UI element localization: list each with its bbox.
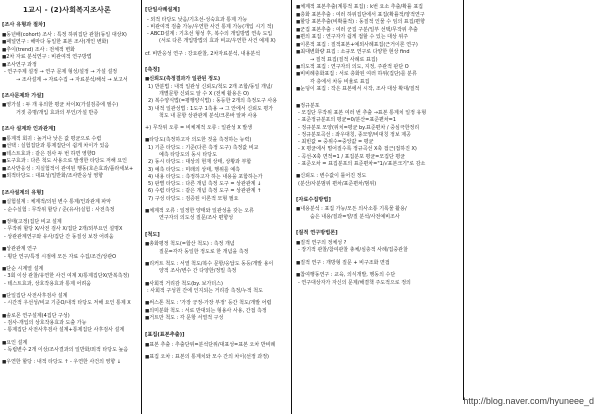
middle-sections: [단일사례설계]- 외적 타당도 낮음/기초선-성숙효과 통제 가능- 비관여적… bbox=[145, 7, 287, 362]
list-line: - 독립변수 2개 이상/조사결과의 일반화/외적 타당도 높음 bbox=[2, 347, 132, 354]
list-line: 7) 구성 타당도 : 검증된 이론적 모형 필요 bbox=[145, 196, 287, 203]
bullet-item: 참여행동연구 : 교육, 의식개발, 행동의 수단 bbox=[296, 272, 444, 280]
section-heading: [조사 설계와 인과관계] bbox=[2, 126, 132, 134]
bullet-item: 실험설계 : 체계적/의된 변수 통제/인과관계 파악 bbox=[2, 199, 132, 207]
bullet-item: 테스트효과 : 같은 검사 두 번 하면 영향O bbox=[2, 151, 132, 159]
list-line: - 횡단 연구/특정 시점에 모든 자료 수집/조건/상관O bbox=[2, 254, 132, 261]
bullet-item: 질적 연구 : 개방형 질문 + 비구조화 면접 bbox=[296, 260, 444, 268]
list-line: - 비관여적 검출 가능/우연한 사건 통제 가능(개입 시기 적) bbox=[145, 24, 287, 31]
column-divider-2 bbox=[291, 0, 292, 414]
list-line: - 시간적 우선성/비교 기준O/내적 타당도 저해 요인 통제 X bbox=[2, 300, 132, 307]
left-sections: [조사 유형과 절차]동년배(cohort) 조사 : 특정 하위집단 관찰(동… bbox=[2, 22, 132, 367]
bullet-item: 표집 오차 : 표본의 통계치와 모수 간의 차이(선정 과정) bbox=[145, 354, 287, 362]
list-line: - 연구주제 설정 → 연구 문제 형성/설정 → 가설 설정 bbox=[2, 69, 132, 76]
section-heading: [단일사례설계] bbox=[145, 7, 287, 15]
list-line: - 무작위 할당 X/사전 검사 X/집단 2개/외부요인 설명X bbox=[2, 226, 132, 233]
list-line: - 순수실험 : 무작위 할당 / 준(유사)실험 : 사전측정 bbox=[2, 207, 132, 214]
list-line: - 3회 이상 관찰/유연한 사건 여계 X/통제집단X(반복측정) bbox=[2, 273, 132, 280]
bullet-item: 군집 표본추출 : 여러 군집 구분/일부 선택/무작위 추출 bbox=[296, 27, 444, 35]
bullet-item: 눈덩이 표집 : 작은 표본에서 시작, 조사 대상 확대/질적 bbox=[296, 86, 444, 94]
list-line: - 표준오차 = 표집분포의 표준편차="1/√표본크기"로 감소 bbox=[296, 161, 444, 168]
bullet-item: 솔로몬 연구설계(4집단 구성) bbox=[2, 313, 132, 321]
list-line: 양적 조사/변수 간 다양한/정밀 측정 bbox=[145, 268, 287, 275]
list-line: 2) 복수양식법(=평행양식법) : 동등한 2개의 측정도구 사용 bbox=[145, 98, 287, 105]
section-heading: [표집(표본추출)] bbox=[145, 332, 287, 340]
section-spacer bbox=[296, 94, 444, 103]
section-heading: [측정] bbox=[145, 67, 287, 75]
list-line: - 외적 타당도 낮음/기초선-성숙효과 통제 가능 bbox=[145, 17, 287, 24]
bullet-item: 패널연구 : 해마다 동일한 표본 조사(개인 변화) bbox=[2, 39, 132, 47]
list-line: 1) 기준 타당도 : 기준(다른 측정 도구) 측정값 비교 bbox=[145, 145, 287, 152]
list-line: +) 무작위 오류 = 비체계적 오류 : 일관성 X 발생 bbox=[145, 125, 287, 132]
section-heading: [조사설계의 유형] bbox=[2, 190, 132, 198]
column-divider-3 bbox=[463, 0, 464, 400]
bullet-item: 써스톤 척도 : '가장 긍정-가장 부정' 등간 척도/개발 어렵 bbox=[145, 300, 287, 308]
list-line: - 연구대상자가 자신의 문제/해결책 주도적으로 정의 bbox=[296, 280, 444, 287]
list-line: 3) 내적 일관성법 : 1도구 1측용 → 그 안에서 신뢰도 평가 bbox=[145, 106, 287, 113]
bullet-item: 체계적 표본추출(계통적 표집) : k번 요소 추출/확률 표집 bbox=[296, 4, 444, 12]
list-line: 연구자의 의도성 질문/조사 편향성 bbox=[145, 215, 287, 222]
bullet-item: 요인 설계 bbox=[2, 340, 132, 348]
section-heading: [조사문제와 가설] bbox=[2, 93, 132, 101]
list-line: → 조사설계 → 자료수집 → 자료분석/해석 → 보고서 bbox=[2, 77, 132, 84]
list-line: - 표준정규분포의 평균=0/분산=표준편차=1 bbox=[296, 117, 444, 124]
list-line: - 통제집단 사전사후검사 설계+통제집단 사후검사 설계 bbox=[2, 327, 132, 334]
bullet-item: 타당도(측정하고자 의도한 것을 측정하는 능력) bbox=[145, 137, 287, 145]
bullet-item: 최대변화량 표집 : 소규모 연구로 다양한 현상 find bbox=[296, 49, 444, 57]
list-line: (서로 다른 개입방법의 효과 비교/우연한 사건 예제 X) bbox=[145, 38, 287, 45]
section-heading: [척도] bbox=[145, 232, 287, 240]
bullet-item: 편의 표집 : 연구자가 쉽게 접할 수 있는 대상 위주 bbox=[296, 34, 444, 42]
bullet-item: 신뢰도(측정결과가 일관된 정도) bbox=[145, 76, 287, 84]
bullet-item: 신뢰도 : 변수값이 틀어진 정도 bbox=[296, 173, 444, 181]
bullet-item: 영가설 : 두 개 유의한 평균 차이X(가설검증에 필수) bbox=[2, 102, 132, 110]
list-line: 6) 수렴 타당도 : 같은 개념 측정 도구 = 상관관계 ↑ bbox=[145, 188, 287, 195]
section-heading: [조사 유형과 절차] bbox=[2, 22, 132, 30]
bullet-item: 도구효과 : 다른 척도 사용으로 발생한 타당도 저해 요인 bbox=[2, 158, 132, 166]
bullet-item: 표본 추출 : 추출단위=분석단위/대표성=표본 오차 반비례 bbox=[145, 342, 287, 350]
bullet-item: 2차 자료 분석연구 : 비관여적 연구방법 bbox=[2, 54, 132, 62]
list-line: - 테스트효과, 상호작용효과 통제 어려움 bbox=[2, 281, 132, 288]
list-line: 2) 동시 타당도 : 대상의 현재 상태, 상황과 부합 bbox=[145, 159, 287, 166]
list-line: 질문=각각 동일한 정도로 한 개념을 측정 bbox=[145, 249, 287, 256]
bullet-item: 할당 표본추출(비확률적) : 동질적 인물 수 임의 표집/편향 bbox=[296, 19, 444, 27]
list-line: 1) 반분법 : 내적 일관성 신뢰도/척도 2개 조합/동일 개념/ bbox=[145, 84, 287, 91]
bullet-item: 비비례층화표집 : 서로 층화된 여러 하위(집단)를 분류 bbox=[296, 71, 444, 79]
bullet-item: 통계적 회귀 : 높거나 낮은 값 평균으로 수렴 bbox=[2, 136, 132, 144]
left-column: 1교시 - (2)사회복지조사론 [조사 유형과 절차]동년배(cohort) … bbox=[2, 0, 132, 367]
list-line: 숨은 내용/질과=양/질 분석/사전예비조사 bbox=[296, 214, 444, 221]
list-line: → 질적 표집(질적 사례로 표집) bbox=[296, 57, 444, 64]
list-line: (분산/사분범위 편차/표준편차/범위) bbox=[296, 181, 444, 188]
bullet-item: 내용분석 : 표집 가능/모든 의사소통 기록물 활용/ bbox=[296, 206, 444, 214]
list-line: cf. 비반응성 연구 : 강요관찰, 2차자료분석, 내용분석 bbox=[145, 51, 287, 58]
section-heading: [자료수집방법] bbox=[296, 197, 444, 205]
bullet-item: 외적타당도 : 대표성/일반화/조사반응성 영향 bbox=[2, 173, 132, 181]
list-line: - 정규분포 모양(위치=평균 by.표준편차 / 중심극한정리 bbox=[296, 125, 444, 132]
list-line: - 장기적 관찰/참여관찰 총체/심층적 사례/집중관찰 bbox=[296, 247, 444, 254]
document-title: 1교시 - (2)사회복지조사론 bbox=[2, 5, 132, 15]
bullet-item: 층화 표본추출 : 여러 하위집단에서 표집(확률적/양적연구 bbox=[296, 12, 444, 20]
bullet-item: 우연한 할당 : 내적 타당도 ↑ - 우연한 사건의 영향 ↓ bbox=[2, 359, 132, 367]
bullet-item: 이론적 표집 : 질적표본+예외사례표집(근거이론 연구) bbox=[296, 42, 444, 50]
middle-column: [단일사례설계]- 외적 타당도 낮음/기초선-성숙효과 통제 가능- 비관여적… bbox=[145, 0, 287, 362]
right-sections: 체계적 표본추출(계통적 표집) : k번 요소 추출/확률 표집층화 표본추출… bbox=[296, 4, 444, 287]
list-line: 4) 내용 타당도 : 측정하고자 하는 내용을 포함하는가 bbox=[145, 174, 287, 181]
list-line: - 상관관계연구와 유사/집단 간 동질성 보장 어려움 bbox=[2, 234, 132, 241]
list-line: 3) 예측 타당도 : 미래의 상태, 행위를 예측 bbox=[145, 167, 287, 174]
bullet-item: 상관관계 연구 bbox=[2, 246, 132, 254]
list-line: - X 평균에서 멀어질수록 정규곡선 X축 접근(접하진 X) bbox=[296, 146, 444, 153]
bullet-item: 선택 : 실험집단과 통제집단이 쉽게 차이가 있음 bbox=[2, 143, 132, 151]
blog-url[interactable]: http://blog.naver.com/hyuneee_d bbox=[463, 395, 594, 408]
list-line: : 사회적 구성원 간에 인지되는 거리감 측정/누적 척도 bbox=[145, 288, 287, 295]
bullet-item: 총화평정 척도(=합산 척도) : 측정 개념 bbox=[145, 241, 287, 249]
bullet-item: 거트만 척도 : 각 문항 서열적 구성 bbox=[145, 315, 287, 323]
section-heading: [질적 연구방법론] bbox=[296, 230, 444, 238]
right-column: 체계적 표본추출(계통적 표집) : k번 요소 추출/확률 표집층화 표본추출… bbox=[296, 0, 444, 287]
column-divider-1 bbox=[141, 0, 142, 414]
list-line: 척도 내 문항 상관관계 분석/크론바 알파 사용 bbox=[145, 113, 287, 120]
list-line: - 곡선-X축 면적=1 / 표집분포 평균=모집단 평균 bbox=[296, 154, 444, 161]
list-line: 거짓 증명/개입 효과의 부인/가설 반증 bbox=[2, 110, 132, 117]
